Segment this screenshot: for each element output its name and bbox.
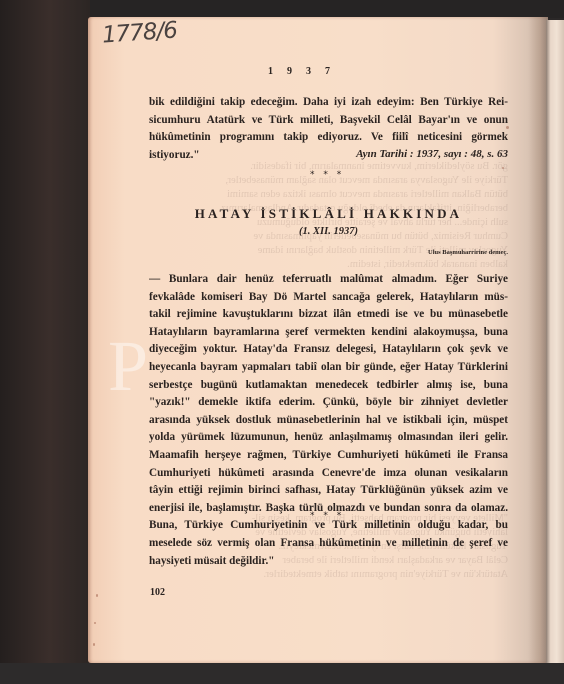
- scanner-background-bottom: [0, 663, 564, 684]
- text-line: "yazık!" demekle iktifa ederim. Çünkü, b…: [149, 394, 508, 412]
- text-line: arasında yüksek dostluk münasebetlerinin…: [149, 412, 508, 430]
- text-line: hükûmetinin programını takip ediyoruz. V…: [149, 129, 508, 147]
- running-head-year: 1937: [268, 66, 344, 77]
- next-page-edge: [546, 20, 564, 663]
- bleed-line: bütün Balkan milletleri arasında mevcut …: [150, 188, 508, 202]
- text-line: haysiyeti müsait değildir.": [149, 553, 508, 571]
- text-line: bik edildiğini takip edeceğim. Daha iyi …: [149, 94, 508, 112]
- text-line: sicumhuru Atatürk ve Türk milleti, Başve…: [149, 112, 508, 130]
- text-line: takil rejimine kavuştuklarını bizzat ilâ…: [149, 306, 508, 324]
- page-gutter-shadow: [528, 17, 548, 663]
- bleed-line: kalben inanarak bükmektedir, istedim.: [150, 258, 508, 272]
- section-date: (1. XII. 1937): [149, 226, 508, 237]
- text-line: Cumhuriyeti hükûmeti arasında Cenevre'de…: [149, 465, 508, 483]
- foxing-spot: [94, 622, 96, 624]
- stock-watermark: P: [108, 330, 148, 402]
- text-line: — Bunlara dair henüz teferruatlı malûmat…: [149, 271, 508, 289]
- section-title: HATAY İSTİKLÂLİ HAKKINDA: [149, 206, 508, 222]
- text-line: meselede söz vermiş olan Fransa hükûmeti…: [149, 535, 508, 553]
- section-body-text: — Bunlara dair henüz teferruatlı malûmat…: [149, 271, 508, 570]
- text-line: Maamafih herşeye rağmen, Türkiye Cumhuri…: [149, 447, 508, 465]
- text-line: diyeceğim yoktur. Hatay'da Fransız deleg…: [149, 341, 508, 359]
- text-line: tâyin ettiği rejimin birinci safhası, Ha…: [149, 482, 508, 500]
- source-citation: Ayın Tarihi : 1937, sayı : 48, s. 63: [300, 148, 508, 160]
- book-cover-left: [0, 0, 90, 684]
- foxing-spot: [93, 643, 95, 646]
- handwritten-catalog-number: 1778/6: [101, 17, 178, 48]
- text-line: heyecanla bayram yapmaları tabiî olan bi…: [149, 359, 508, 377]
- section-note: Ulus Başmuharririne demeç.: [300, 249, 508, 256]
- section-end-stars: * * *: [310, 511, 344, 521]
- text-line: fevkalâde komiseri Bay Dö Martel sancağa…: [149, 289, 508, 307]
- text-line: Hataylıların bayramlarına şeref vermekte…: [149, 324, 508, 342]
- section-separator-stars: * * *: [310, 170, 344, 180]
- text-line: serbestçe bugünü kutlamaktan menedecek t…: [149, 377, 508, 395]
- text-line: yolda yürümek lüzumunun, henüz anlaşılma…: [149, 429, 508, 447]
- page-number: 102: [150, 587, 165, 598]
- bleed-line: Atatürk'ün ve Türkiye'nin programını tat…: [150, 568, 508, 582]
- foxing-spot: [96, 594, 98, 597]
